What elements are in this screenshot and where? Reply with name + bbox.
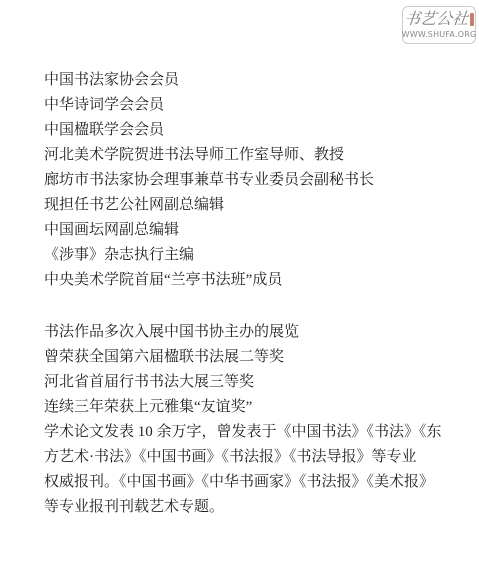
bio-text-block: 中国书法家协会会员 中华诗词学会会员 中国楹联学会会员 河北美术学院贺进书法导师… [44, 68, 448, 520]
achievements-paragraph: 书法作品多次入展中国书协主办的展览 曾荣获全国第六届楹联书法展二等奖 河北省首届… [44, 320, 448, 520]
document-page: 书艺公社 WWW.SHUFA.ORG 中国书法家协会会员 中华诗词学会会员 中国… [0, 0, 479, 574]
bio-line: 《涉事》杂志执行主编 [44, 243, 448, 268]
bio-line: 方艺术·书法》《中国书画》《书法报》《书法导报》等专业 [44, 445, 448, 470]
bio-line: 廊坊市书法家协会理事兼草书专业委员会副秘书长 [44, 168, 448, 193]
bio-line: 中国书法家协会会员 [44, 68, 448, 93]
logo-website-url: WWW.SHUFA.ORG [402, 30, 477, 39]
shufa-watermark-logo: 书艺公社 WWW.SHUFA.ORG [402, 6, 476, 44]
bio-line: 权威报刊。《中国书画》《中华书画家》《书法报》《美术报》 [44, 470, 448, 495]
memberships-paragraph: 中国书法家协会会员 中华诗词学会会员 中国楹联学会会员 河北美术学院贺进书法导师… [44, 68, 448, 293]
bio-line: 等专业报刊刊载艺术专题。 [44, 495, 448, 520]
bio-line: 现担任书艺公社网副总编辑 [44, 193, 448, 218]
red-seal-icon [470, 13, 474, 26]
bio-line: 中国楹联学会会员 [44, 118, 448, 143]
bio-line: 中国画坛网副总编辑 [44, 218, 448, 243]
bio-line: 中华诗词学会会员 [44, 93, 448, 118]
bio-line: 河北美术学院贺进书法导师工作室导师、教授 [44, 143, 448, 168]
bio-line: 中央美术学院首届“兰亭书法班”成员 [44, 268, 448, 293]
bio-line: 曾荣获全国第六届楹联书法展二等奖 [44, 345, 448, 370]
bio-line: 书法作品多次入展中国书协主办的展览 [44, 320, 448, 345]
logo-top-row: 书艺公社 [404, 12, 474, 28]
bio-line: 学术论文发表 10 余万字，曾发表于《中国书法》《书法》《东 [44, 420, 448, 445]
bio-line: 河北省首届行书书法大展三等奖 [44, 370, 448, 395]
logo-calligraphy-text: 书艺公社 [403, 12, 469, 28]
bio-line: 连续三年荣获上元雅集“友谊奖” [44, 395, 448, 420]
